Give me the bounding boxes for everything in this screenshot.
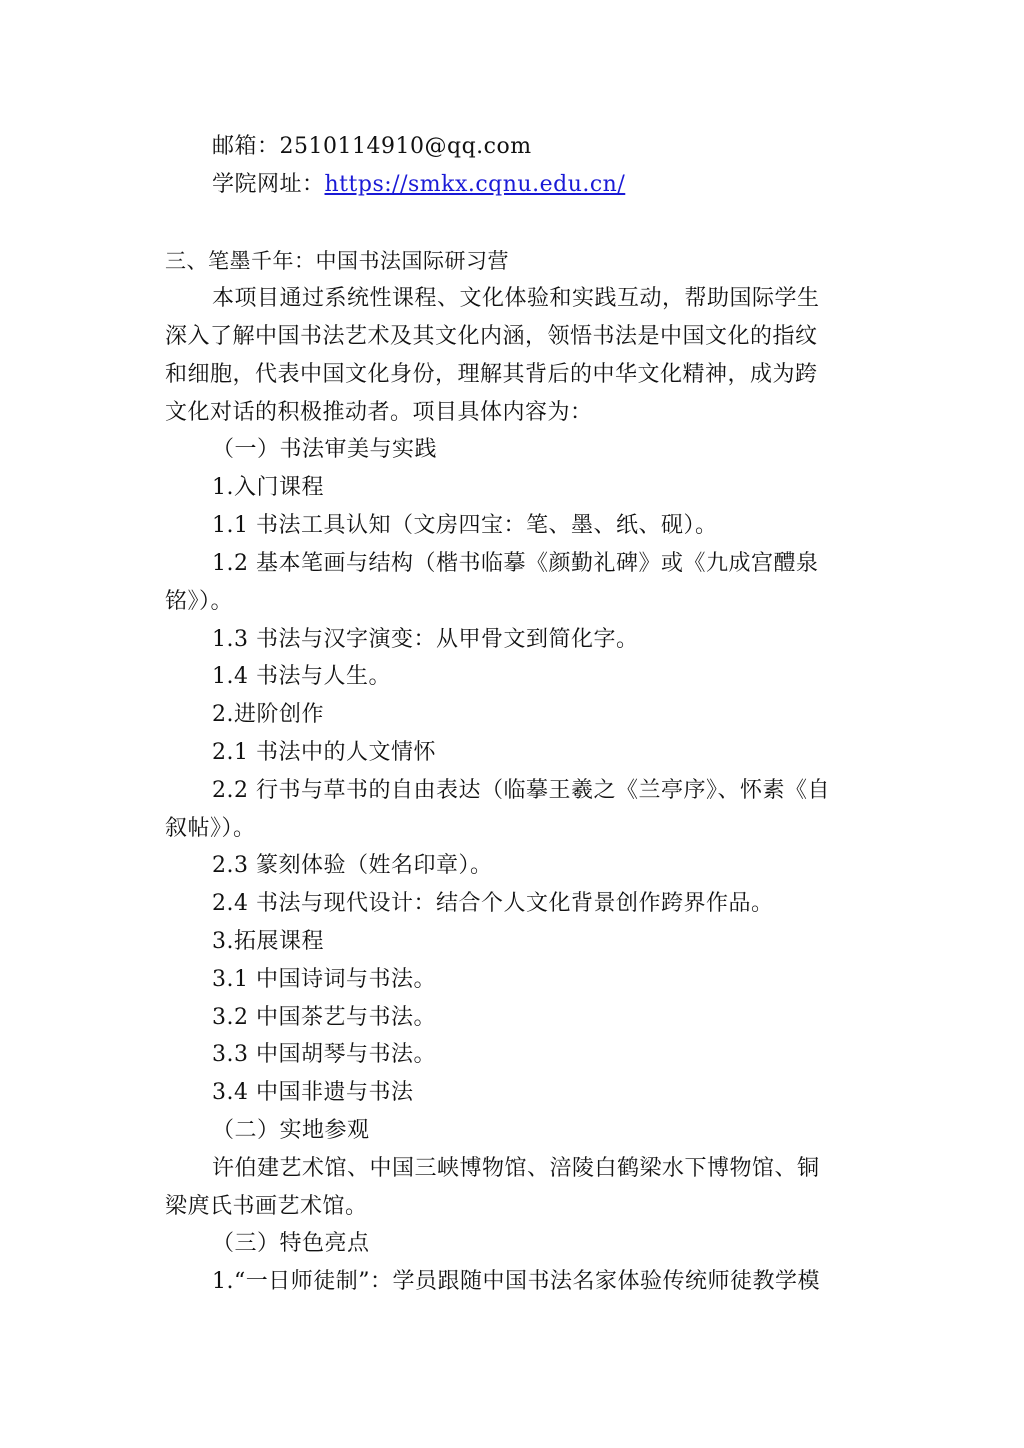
course2-item: 2.1 书法中的人文情怀 <box>212 739 436 767</box>
course1-item-cont: 铭》）。 <box>165 588 233 616</box>
part2-title: （二）实地参观 <box>212 1117 370 1145</box>
intro-line-3: 和细胞，代表中国文化身份，理解其背后的中华文化精神，成为跨 <box>165 361 818 389</box>
part1-title: （一）书法审美与实践 <box>212 436 437 464</box>
section-title: 三、笔墨千年：中国书法国际研习营 <box>165 247 509 275</box>
course1-item: 1.2 基本笔画与结构（楷书临摹《颜勤礼碑》或《九成宫醴泉 <box>212 550 818 578</box>
course2-item: 2.4 书法与现代设计：结合个人文化背景创作跨界作品。 <box>212 890 773 918</box>
document-page: 邮箱：2510114910@qq.com 学院网址：https://smkx.c… <box>0 0 1024 1448</box>
email-value: 2510114910@qq.com <box>280 134 532 159</box>
course3-item: 3.3 中国胡琴与书法。 <box>212 1041 436 1069</box>
part2-line-2: 梁庹氏书画艺术馆。 <box>165 1193 368 1221</box>
intro-line-2: 深入了解中国书法艺术及其文化内涵，领悟书法是中国文化的指纹 <box>165 323 818 351</box>
course3-title: 3.拓展课程 <box>212 928 324 956</box>
email-label: 邮箱： <box>212 134 280 159</box>
course1-item: 1.4 书法与人生。 <box>212 663 391 691</box>
part3-title: （三）特色亮点 <box>212 1230 370 1258</box>
course3-item: 3.4 中国非遗与书法 <box>212 1079 413 1107</box>
course2-item: 2.2 行书与草书的自由表达（临摹王羲之《兰亭序》、怀素《自 <box>212 777 830 805</box>
course1-item: 1.1 书法工具认知（文房四宝：笔、墨、纸、砚）。 <box>212 512 717 540</box>
website-link[interactable]: https://smkx.cqnu.edu.cn/ <box>325 172 626 197</box>
course3-item: 3.1 中国诗词与书法。 <box>212 966 436 994</box>
course2-title: 2.进阶创作 <box>212 701 324 729</box>
course3-item: 3.2 中国茶艺与书法。 <box>212 1004 436 1032</box>
website-label: 学院网址： <box>212 172 325 197</box>
intro-line-4: 文化对话的积极推动者。项目具体内容为： <box>165 399 593 427</box>
course2-item-cont: 叙帖》）。 <box>165 815 256 843</box>
course1-title: 1.入门课程 <box>212 474 324 502</box>
part3-line-1: 1.“一日师徒制”：学员跟随中国书法名家体验传统师徒教学模 <box>212 1268 820 1296</box>
course2-item: 2.3 篆刻体验（姓名印章）。 <box>212 852 492 880</box>
part2-line-1: 许伯建艺术馆、中国三峡博物馆、涪陵白鹤梁水下博物馆、铜 <box>212 1155 820 1183</box>
website-line: 学院网址：https://smkx.cqnu.edu.cn/ <box>212 171 625 199</box>
course1-item: 1.3 书法与汉字演变：从甲骨文到简化字。 <box>212 626 638 654</box>
email-line: 邮箱：2510114910@qq.com <box>212 133 532 161</box>
intro-line-1: 本项目通过系统性课程、文化体验和实践互动，帮助国际学生 <box>212 285 820 313</box>
